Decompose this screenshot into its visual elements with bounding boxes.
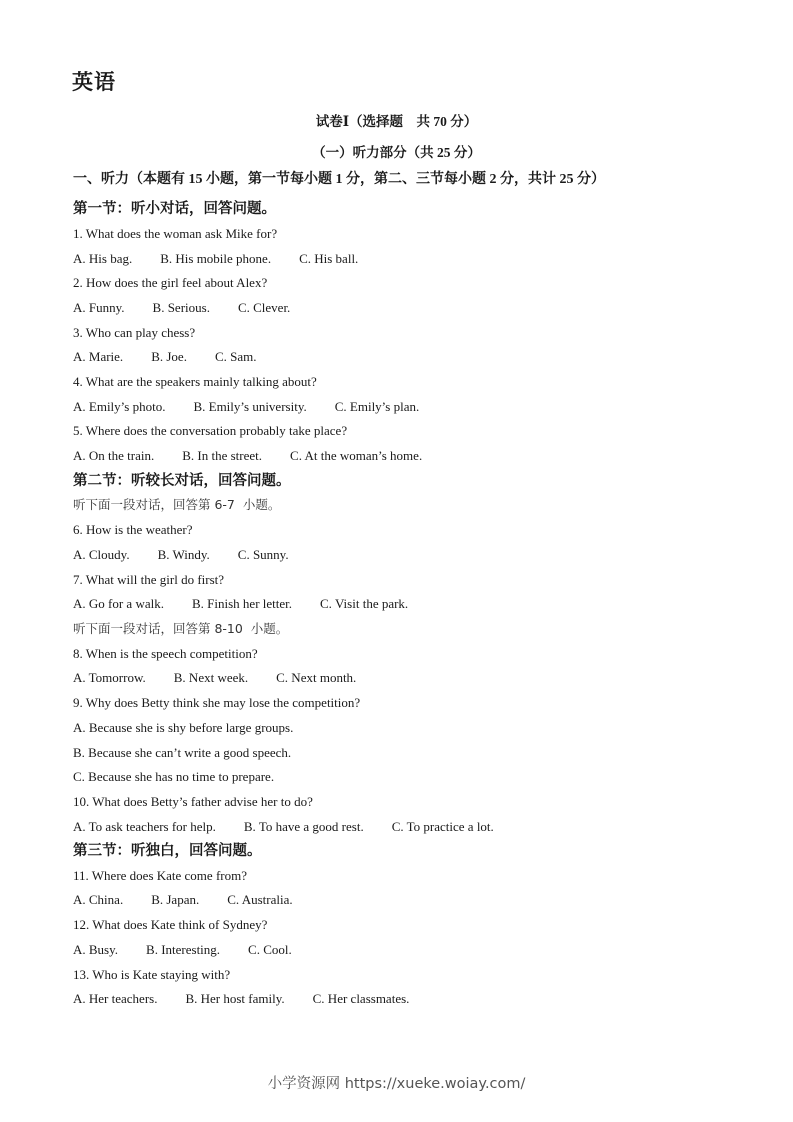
option: B. Next week. (174, 670, 248, 686)
option: C. Australia. (227, 892, 292, 908)
question-7: 7. What will the girl do first? (73, 572, 224, 588)
question-6: 6. How is the weather? (73, 522, 193, 538)
option: B. His mobile phone. (160, 251, 271, 267)
question-4-options: A. Emily’s photo.B. Emily’s university.C… (73, 399, 419, 415)
question-7-options: A. Go for a walk.B. Finish her letter.C.… (73, 596, 408, 612)
question-2-options: A. Funny.B. Serious.C. Clever. (73, 300, 290, 316)
option: C. Cool. (248, 942, 292, 958)
option: B. Finish her letter. (192, 596, 292, 612)
question-11: 11. Where does Kate come from? (73, 868, 247, 884)
section-1-heading: 第一节：听小对话，回答问题。 (73, 201, 276, 217)
question-10: 10. What does Betty’s father advise her … (73, 794, 313, 810)
option: C. Visit the park. (320, 596, 408, 612)
question-9: 9. Why does Betty think she may lose the… (73, 695, 360, 711)
option: A. To ask teachers for help. (73, 819, 216, 835)
section-3-heading: 第三节：听独白，回答问题。 (73, 843, 262, 859)
question-5: 5. Where does the conversation probably … (73, 423, 347, 439)
question-11-options: A. China.B. Japan.C. Australia. (73, 892, 293, 908)
option: B. Serious. (153, 300, 210, 316)
question-9-option-c: C. Because she has no time to prepare. (73, 769, 274, 785)
document-title: 英语 (72, 66, 116, 96)
option: C. At the woman’s home. (290, 448, 422, 464)
option: A. Go for a walk. (73, 596, 164, 612)
option: B. In the street. (182, 448, 262, 464)
option: C. Emily’s plan. (335, 399, 420, 415)
option: B. Windy. (158, 547, 210, 563)
listening-instruction: 一、听力（本题有 15 小题，第一节每小题 1 分，第二、三节每小题 2 分，共… (73, 172, 605, 188)
question-3: 3. Who can play chess? (73, 325, 195, 341)
footer-watermark: 小学资源网 https://xueke.woiay.com/ (0, 1072, 793, 1093)
option: C. Her classmates. (313, 991, 410, 1007)
option: C. To practice a lot. (392, 819, 494, 835)
option: B. To have a good rest. (244, 819, 364, 835)
question-9-option-b: B. Because she can’t write a good speech… (73, 745, 291, 761)
question-12: 12. What does Kate think of Sydney? (73, 917, 267, 933)
option: C. Sam. (215, 349, 257, 365)
question-4: 4. What are the speakers mainly talking … (73, 374, 317, 390)
question-5-options: A. On the train.B. In the street.C. At t… (73, 448, 422, 464)
option: B. Japan. (151, 892, 199, 908)
option: B. Joe. (151, 349, 187, 365)
option: A. Cloudy. (73, 547, 130, 563)
option: A. Emily’s photo. (73, 399, 165, 415)
option: C. Next month. (276, 670, 356, 686)
question-1-options: A. His bag.B. His mobile phone.C. His ba… (73, 251, 358, 267)
question-3-options: A. Marie.B. Joe.C. Sam. (73, 349, 256, 365)
question-13: 13. Who is Kate staying with? (73, 967, 230, 983)
section-2-heading: 第二节：听较长对话，回答问题。 (73, 473, 291, 489)
part-heading: （一）听力部分（共 25 分） (0, 141, 793, 161)
option: A. Busy. (73, 942, 118, 958)
option: A. China. (73, 892, 123, 908)
dialogue-note-8-10: 听下面一段对话，回答第 8-10 小题。 (73, 621, 288, 637)
option: A. Marie. (73, 349, 123, 365)
question-1: 1. What does the woman ask Mike for? (73, 226, 277, 242)
option: C. Sunny. (238, 547, 289, 563)
question-6-options: A. Cloudy.B. Windy.C. Sunny. (73, 547, 289, 563)
option: C. His ball. (299, 251, 358, 267)
option: A. Funny. (73, 300, 125, 316)
question-12-options: A. Busy.B. Interesting.C. Cool. (73, 942, 292, 958)
question-2: 2. How does the girl feel about Alex? (73, 275, 267, 291)
paper-heading: 试卷Ⅰ（选择题 共 70 分） (0, 110, 793, 130)
option: A. Her teachers. (73, 991, 157, 1007)
dialogue-note-6-7: 听下面一段对话，回答第 6-7 小题。 (73, 497, 280, 513)
exam-page: 英语 试卷Ⅰ（选择题 共 70 分） （一）听力部分（共 25 分） 一、听力（… (0, 0, 793, 1122)
option: C. Clever. (238, 300, 290, 316)
question-10-options: A. To ask teachers for help.B. To have a… (73, 819, 494, 835)
question-8-options: A. Tomorrow.B. Next week.C. Next month. (73, 670, 356, 686)
option: B. Emily’s university. (193, 399, 306, 415)
question-9-option-a: A. Because she is shy before large group… (73, 720, 293, 736)
question-8: 8. When is the speech competition? (73, 646, 258, 662)
option: A. On the train. (73, 448, 154, 464)
option: A. Tomorrow. (73, 670, 146, 686)
option: A. His bag. (73, 251, 132, 267)
option: B. Interesting. (146, 942, 220, 958)
question-13-options: A. Her teachers.B. Her host family.C. He… (73, 991, 409, 1007)
option: B. Her host family. (185, 991, 284, 1007)
